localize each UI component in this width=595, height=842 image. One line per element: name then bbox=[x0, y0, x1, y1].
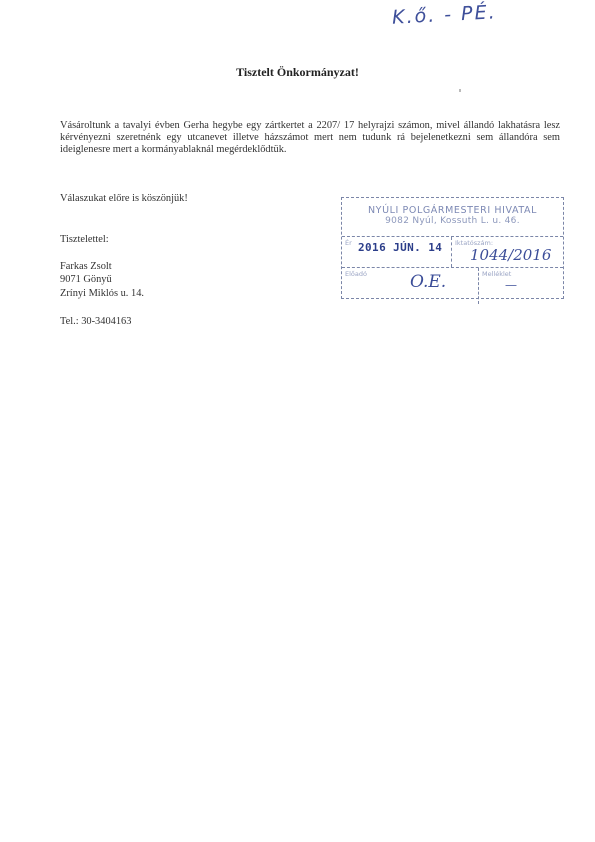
stamp-registration-number: 1044/2016 bbox=[470, 246, 551, 264]
stamp-attachment-value: — bbox=[505, 278, 517, 292]
stamp-office-address: 9082 Nyúl, Kossuth L. u. 46. bbox=[342, 216, 563, 226]
stamp-received-label: Ér bbox=[345, 239, 352, 247]
sender-phone: Tel.: 30-3404163 bbox=[60, 316, 131, 327]
stamp-office-name: NYÚLI POLGÁRMESTERI HIVATAL bbox=[342, 205, 563, 216]
sender-name: Farkas Zsolt bbox=[60, 261, 112, 272]
closing-thanks: Válaszukat előre is köszönjük! bbox=[60, 193, 188, 204]
stamp-handler-label: Előadó bbox=[345, 270, 367, 278]
stamp-handler-value: O.E. bbox=[410, 272, 446, 292]
sender-city: 9071 Gönyű bbox=[60, 274, 112, 285]
stamp-header: NYÚLI POLGÁRMESTERI HIVATAL 9082 Nyúl, K… bbox=[342, 205, 563, 237]
handwritten-annotation: K.ő. - PÉ. bbox=[391, 1, 497, 28]
letter-title: Tisztelt Önkormányzat! bbox=[0, 65, 595, 80]
stamp-row-handler: Előadó O.E. Melléklet — bbox=[342, 268, 563, 304]
sender-street: Zrínyi Miklós u. 14. bbox=[60, 288, 144, 299]
letter-body: Vásároltunk a tavalyi évben Gerha hegybe… bbox=[60, 120, 560, 157]
registration-stamp: NYÚLI POLGÁRMESTERI HIVATAL 9082 Nyúl, K… bbox=[341, 197, 564, 299]
stamp-received-date: 2016 JÚN. 14 bbox=[358, 241, 442, 254]
scan-speck bbox=[459, 89, 461, 92]
stamp-received-cell: Ér 2016 JÚN. 14 bbox=[342, 237, 452, 267]
stamp-attachment-label: Melléklet bbox=[482, 270, 511, 278]
stamp-attachment-cell: Melléklet — bbox=[479, 268, 563, 304]
stamp-registration-cell: Iktatószám: 1044/2016 bbox=[452, 237, 563, 267]
salutation: Tisztelettel: bbox=[60, 234, 109, 245]
stamp-row-received: Ér 2016 JÚN. 14 Iktatószám: 1044/2016 bbox=[342, 237, 563, 268]
stamp-handler-cell: Előadó O.E. bbox=[342, 268, 479, 304]
